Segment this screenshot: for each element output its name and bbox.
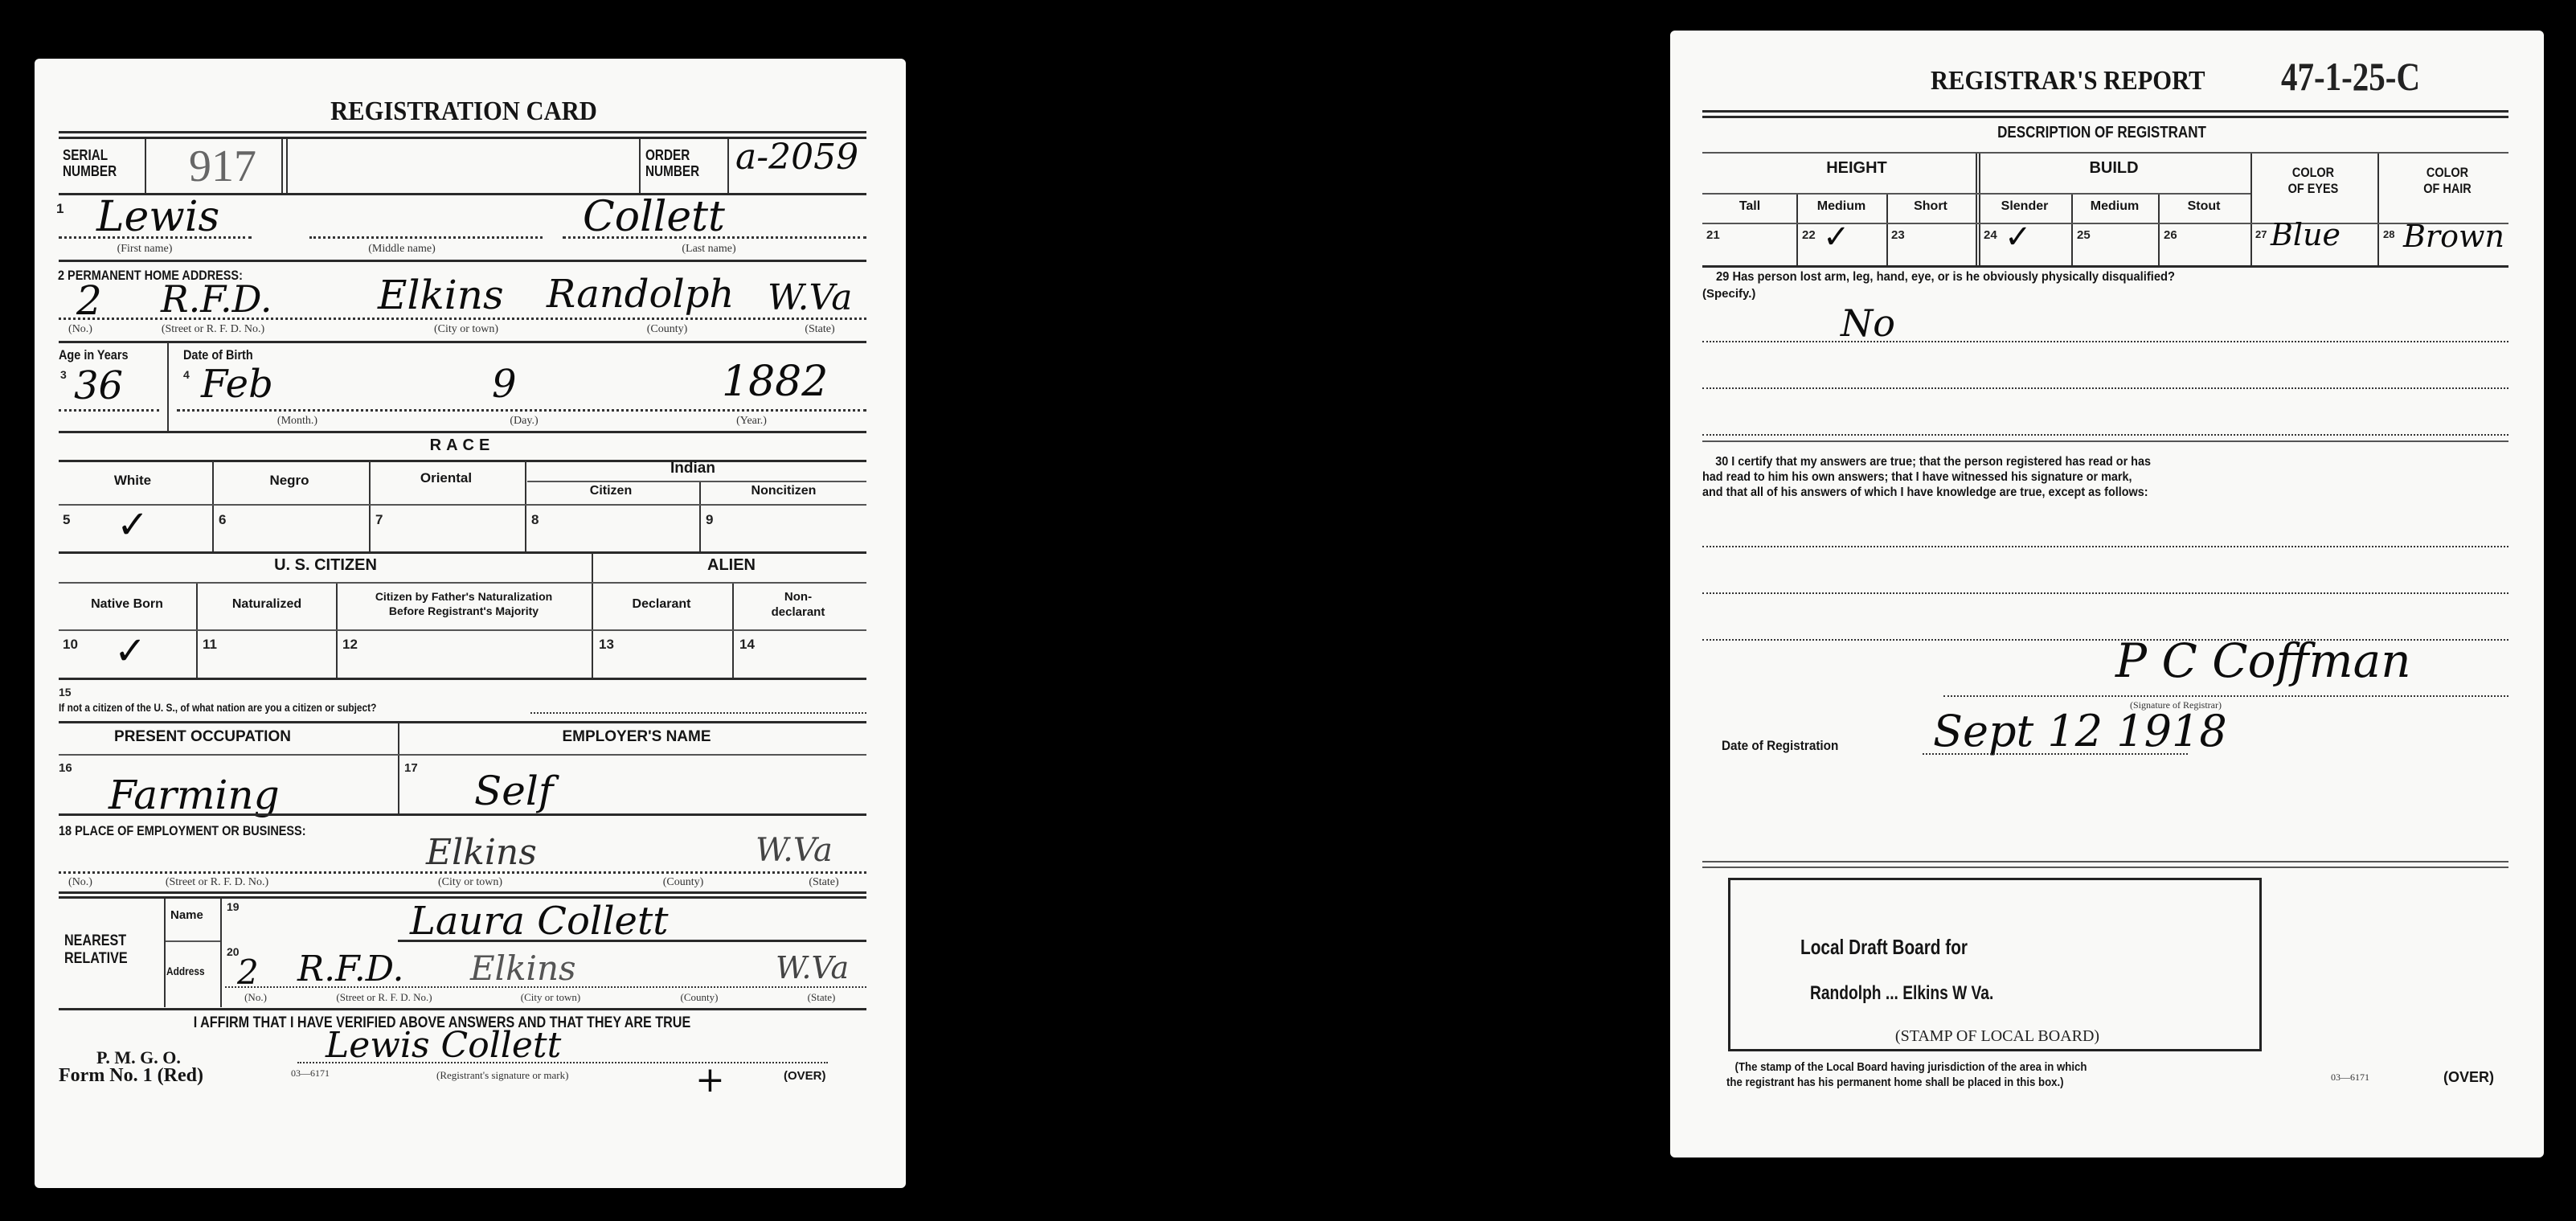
divider [1702,265,2508,268]
answer-line [1702,341,2508,342]
field-number: 7 [375,512,383,528]
field-number: 14 [739,637,755,653]
county-label: (County) [681,991,719,1004]
answer-line [1702,387,2508,389]
field-number: 3 [60,368,67,381]
citizen-col-naturalized: Naturalized [232,597,301,612]
disqualified-answer: No [1841,301,1895,345]
build-slender-check: ✓ [2005,219,2032,256]
race-col-white: White [114,473,151,489]
nation-question: If not a citizen of the U. S., of what n… [59,701,376,714]
form-code: 03—6171 [291,1067,330,1080]
middle-name-label: (Middle name) [368,243,436,256]
field-number: 4 [183,368,190,381]
race-group-indian: Indian [670,460,715,477]
divider [2071,195,2073,265]
divider [398,940,866,942]
state-label: (State) [809,876,838,889]
no-label: (No.) [244,991,267,1004]
no-label: (No.) [68,876,92,889]
divider [1702,440,2508,442]
race-col-oriental: Oriental [420,470,472,486]
occupation-header: PRESENT OCCUPATION [114,728,291,746]
divider [2377,154,2379,265]
no-label: (No.) [68,323,92,336]
field-number: 9 [706,512,713,528]
height-header: HEIGHT [1826,159,1887,178]
build-header: BUILD [2089,159,2138,178]
divider [59,582,866,584]
divider [145,139,146,193]
eye-color-value: Blue [2271,217,2341,252]
field-number: 22 [1802,228,1816,242]
divider [2158,195,2160,265]
divider [59,131,866,133]
place-of-employment-label: 18 PLACE OF EMPLOYMENT OR BUSINESS: [59,823,306,839]
build-col-stout: Stout [2188,199,2221,214]
us-citizen-header: U. S. CITIZEN [274,556,377,575]
dob-year: 1882 [722,358,828,406]
divider [220,899,222,1007]
dob-month: Feb [201,362,273,407]
race-col-citizen: Citizen [590,484,632,498]
address-state: W.Va [768,277,853,318]
name-line [309,236,543,239]
height-col-short: Short [1914,199,1947,214]
city-label: (City or town) [438,876,502,889]
divider [369,461,371,552]
divider [1702,867,2508,868]
stamp-caption: (STAMP OF LOCAL BOARD) [1895,1027,2099,1046]
address-street: R.F.D. [161,277,272,321]
field-number: 13 [599,637,614,653]
field-number: 23 [1891,228,1905,242]
divider [59,813,866,816]
employment-city: Elkins [426,832,537,873]
exception-line [1702,592,2508,594]
divider [1702,193,2250,195]
card-title: REGISTRATION CARD [330,96,597,127]
field-number: 17 [404,761,418,775]
report-title: REGISTRAR'S REPORT [1931,66,2205,96]
race-header: RACE [430,436,495,455]
report-stamp-number: 47-1-25-C [2281,53,2420,100]
field-number: 11 [203,637,217,653]
date-of-registration-label: Date of Registration [1722,738,1838,754]
street-label: (Street or R. F. D. No.) [166,876,268,889]
address-county: Randolph [547,272,734,317]
divider [527,481,866,482]
divider [59,260,866,262]
divider [1702,116,2508,118]
relative-address-street: R.F.D. [297,949,403,990]
field-number: 5 [63,512,70,528]
stamp-note: (The stamp of the Local Board having jur… [1726,1059,2087,1090]
divider [592,553,593,678]
age-label: Age in Years [59,347,128,363]
divider [1702,861,2508,862]
employment-line [59,871,866,874]
registrar-signature: P C Coffman [2115,633,2411,688]
day-label: (Day.) [510,415,538,428]
relative-address-label: Address [166,965,205,977]
registrant-mark: + [695,1059,725,1100]
build-col-slender: Slender [2001,199,2049,214]
divider [212,461,214,552]
field-number: 1 [56,201,63,217]
county-label: (County) [647,323,688,336]
last-name: Collett [583,193,725,241]
over-label: (OVER) [2443,1069,2494,1086]
hair-header: COLOR OF HAIR [2423,165,2471,197]
county-label: (County) [663,876,704,889]
divider [167,342,169,431]
citizen-col-native: Native Born [91,597,163,612]
first-name-label: (First name) [117,243,173,256]
field-number: 12 [342,637,358,653]
field-number: 24 [1984,228,1997,242]
state-label: (State) [805,323,834,336]
serial-number: 917 [189,141,256,192]
divider [59,431,866,433]
street-label: (Street or R. F. D. No.) [162,323,264,336]
divider [699,481,701,552]
hair-color-value: Brown [2403,219,2504,254]
divider [525,461,526,552]
divider [1702,110,2508,113]
field-number: 6 [219,512,226,528]
race-col-noncitizen: Noncitizen [752,484,817,498]
native-born-check: ✓ [114,629,146,674]
form-number-label: Form No. 1 (Red) [59,1065,203,1087]
description-header: DESCRIPTION OF REGISTRANT [1997,124,2206,142]
divider [1796,195,1798,265]
height-col-tall: Tall [1739,199,1760,214]
divider [286,139,288,193]
order-label: ORDER NUMBER [645,147,699,179]
relative-address-state: W.Va [776,950,849,985]
nearest-relative-label: NEAREST RELATIVE [64,932,128,968]
divider [59,551,866,554]
field-number: 8 [531,512,539,528]
first-name: Lewis [96,193,219,241]
signature-line [297,1062,828,1063]
registrar-signature-line [1943,695,2508,697]
street-label: (Street or R. F. D. No.) [336,991,432,1004]
answer-line [1702,434,2508,436]
order-number: a-2059 [735,137,858,178]
field-number: 21 [1706,228,1720,242]
build-col-medium: Medium [2091,199,2139,214]
exception-line [1702,546,2508,547]
divider [59,341,866,343]
divider [59,629,866,631]
height-col-medium: Medium [1817,199,1865,214]
local-board-stamp-box [1728,878,2262,1051]
alien-col-declarant: Declarant [633,597,691,612]
height-medium-check: ✓ [1823,219,1850,256]
divider [727,139,729,193]
divider [59,721,866,723]
dob-line [177,409,866,412]
relative-name: Laura Collett [410,899,669,944]
field-number: 19 [227,900,240,913]
dob-label: Date of Birth [183,347,253,363]
field-number: 27 [2255,228,2267,240]
divider [1979,154,1980,265]
divider [164,899,166,1007]
divider [166,940,220,942]
name-line [563,236,866,239]
date-line [1923,753,2188,755]
last-name-label: (Last name) [682,243,735,256]
field-number: 16 [59,761,72,775]
occupation-value: Farming [109,772,280,818]
year-label: (Year.) [736,415,767,428]
divider [59,504,866,506]
name-line [59,236,252,239]
signature-label: (Registrant's signature or mark) [436,1069,568,1082]
relative-name-label: Name [170,908,203,922]
field-number: 10 [63,637,78,653]
age-line [59,409,159,412]
city-label: (City or town) [521,991,580,1004]
divider [1886,195,1888,265]
dob-day: 9 [492,362,517,407]
employer-value: Self [474,768,553,814]
form-code: 03—6171 [2331,1071,2369,1084]
alien-header: ALIEN [707,556,756,575]
divider [59,754,866,756]
field-number: 25 [2077,228,2091,242]
divider [59,460,866,462]
field-number: 15 [59,686,72,699]
nation-line [530,712,866,714]
certification-text: 30 I certify that my answers are true; t… [1702,454,2151,500]
divider [1976,154,1977,265]
divider [1702,152,2508,154]
divider [59,891,866,894]
race-col-negro: Negro [269,473,309,489]
field-number: 26 [2164,228,2177,242]
employer-header: EMPLOYER'S NAME [562,728,711,746]
over-label: (OVER) [784,1069,826,1083]
employment-state: W.Va [756,832,833,869]
city-label: (City or town) [434,323,498,336]
relative-address-line [225,986,866,988]
stamp-line-1: Local Draft Board for [1800,935,1968,960]
divider [639,139,641,193]
state-label: (State) [808,991,836,1004]
divider [2250,154,2252,265]
serial-label: SERIAL NUMBER [63,147,117,179]
month-label: (Month.) [277,415,317,428]
divider [398,723,399,815]
divider [59,678,866,680]
citizen-col-father: Citizen by Father's Naturalization Befor… [375,589,552,618]
eyes-header: COLOR OF EYES [2288,165,2339,197]
divider [59,1008,866,1010]
relative-address-city: Elkins [470,949,576,988]
age-value: 36 [74,363,123,408]
stamp-line-2: Randolph ... Elkins W Va. [1810,982,1993,1005]
field-number: 28 [2383,228,2394,240]
address-line [59,318,866,320]
date-of-registration-value: Sept 12 1918 [1933,706,2227,756]
race-white-check: ✓ [117,502,149,547]
specify-label: (Specify.) [1702,287,1755,301]
registrant-signature: Lewis Collett [326,1025,561,1066]
disqualified-question: 29 Has person lost arm, leg, hand, eye, … [1716,270,2175,285]
divider [281,139,283,193]
address-city: Elkins [378,272,504,318]
alien-col-nondeclarant: Non- declarant [772,589,825,620]
